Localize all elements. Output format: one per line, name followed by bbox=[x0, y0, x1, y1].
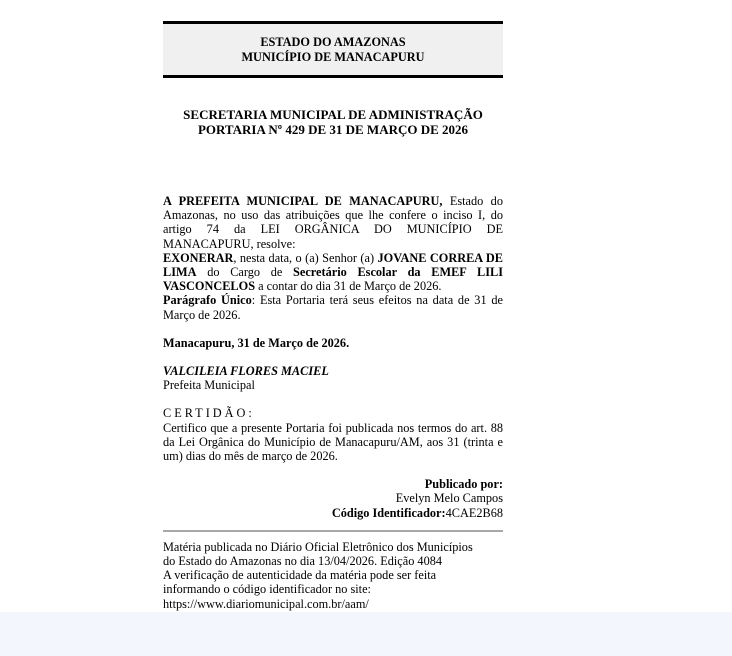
certificate-heading: CERTIDÃO: bbox=[163, 406, 503, 420]
publication-footer: Matéria publicada no Diário Oficial Elet… bbox=[163, 540, 503, 611]
municipality-name: MUNICÍPIO DE MANACAPURU bbox=[241, 50, 424, 65]
identifier-code: 4CAE2B68 bbox=[446, 506, 503, 520]
article-verb: EXONERAR bbox=[163, 251, 233, 265]
published-by-label-text: Publicado por: bbox=[425, 477, 503, 491]
sole-paragraph: Parágrafo Único: Esta Portaria terá seus… bbox=[163, 293, 503, 321]
document-page: ESTADO DO AMAZONAS MUNICÍPIO DE MANACAPU… bbox=[163, 21, 503, 611]
ordinance-title: PORTARIA Nº 429 DE 31 DE MARÇO DE 2026 bbox=[163, 123, 503, 138]
document-header-box: ESTADO DO AMAZONAS MUNICÍPIO DE MANACAPU… bbox=[163, 21, 503, 78]
article-paragraph: EXONERAR, nesta data, o (a) Senhor (a) J… bbox=[163, 251, 503, 294]
article-text-3: a contar do dia 31 de Março de 2026. bbox=[255, 279, 441, 293]
preamble-paragraph: A PREFEITA MUNICIPAL DE MANACAPURU, Esta… bbox=[163, 194, 503, 251]
identifier-code-line: Código Identificador:4CAE2B68 bbox=[163, 506, 503, 520]
footer-line-3: A verificação de autenticidade da matéri… bbox=[163, 568, 503, 582]
signer-role: Prefeita Municipal bbox=[163, 378, 503, 392]
document-body: A PREFEITA MUNICIPAL DE MANACAPURU, Esta… bbox=[163, 194, 503, 520]
state-name: ESTADO DO AMAZONAS bbox=[260, 35, 405, 50]
verification-url[interactable]: https://www.diariomunicipal.com.br/aam/ bbox=[163, 597, 503, 611]
bottom-band bbox=[0, 612, 732, 656]
footer-line-4: informando o código identificador no sit… bbox=[163, 582, 503, 596]
publisher-name: Evelyn Melo Campos bbox=[163, 491, 503, 505]
article-text-1: , nesta data, o (a) Senhor (a) bbox=[233, 251, 377, 265]
document-title: SECRETARIA MUNICIPAL DE ADMINISTRAÇÃO PO… bbox=[163, 108, 503, 137]
published-by-label: Publicado por: bbox=[163, 477, 503, 491]
certificate-text: Certifico que a presente Portaria foi pu… bbox=[163, 421, 503, 464]
sole-paragraph-label: Parágrafo Único bbox=[163, 293, 252, 307]
signer-name: VALCILEIA FLORES MACIEL bbox=[163, 364, 503, 378]
secretariat-title: SECRETARIA MUNICIPAL DE ADMINISTRAÇÃO bbox=[163, 108, 503, 123]
article-text-2: do Cargo de bbox=[196, 265, 293, 279]
place-date: Manacapuru, 31 de Março de 2026. bbox=[163, 336, 503, 350]
identifier-code-label: Código Identificador: bbox=[332, 506, 446, 520]
footer-line-1: Matéria publicada no Diário Oficial Elet… bbox=[163, 540, 503, 554]
footer-line-2: do Estado do Amazonas no dia 13/04/2026.… bbox=[163, 554, 503, 568]
preamble-lead: A PREFEITA MUNICIPAL DE MANACAPURU, bbox=[163, 194, 442, 208]
footer-divider bbox=[163, 530, 503, 532]
